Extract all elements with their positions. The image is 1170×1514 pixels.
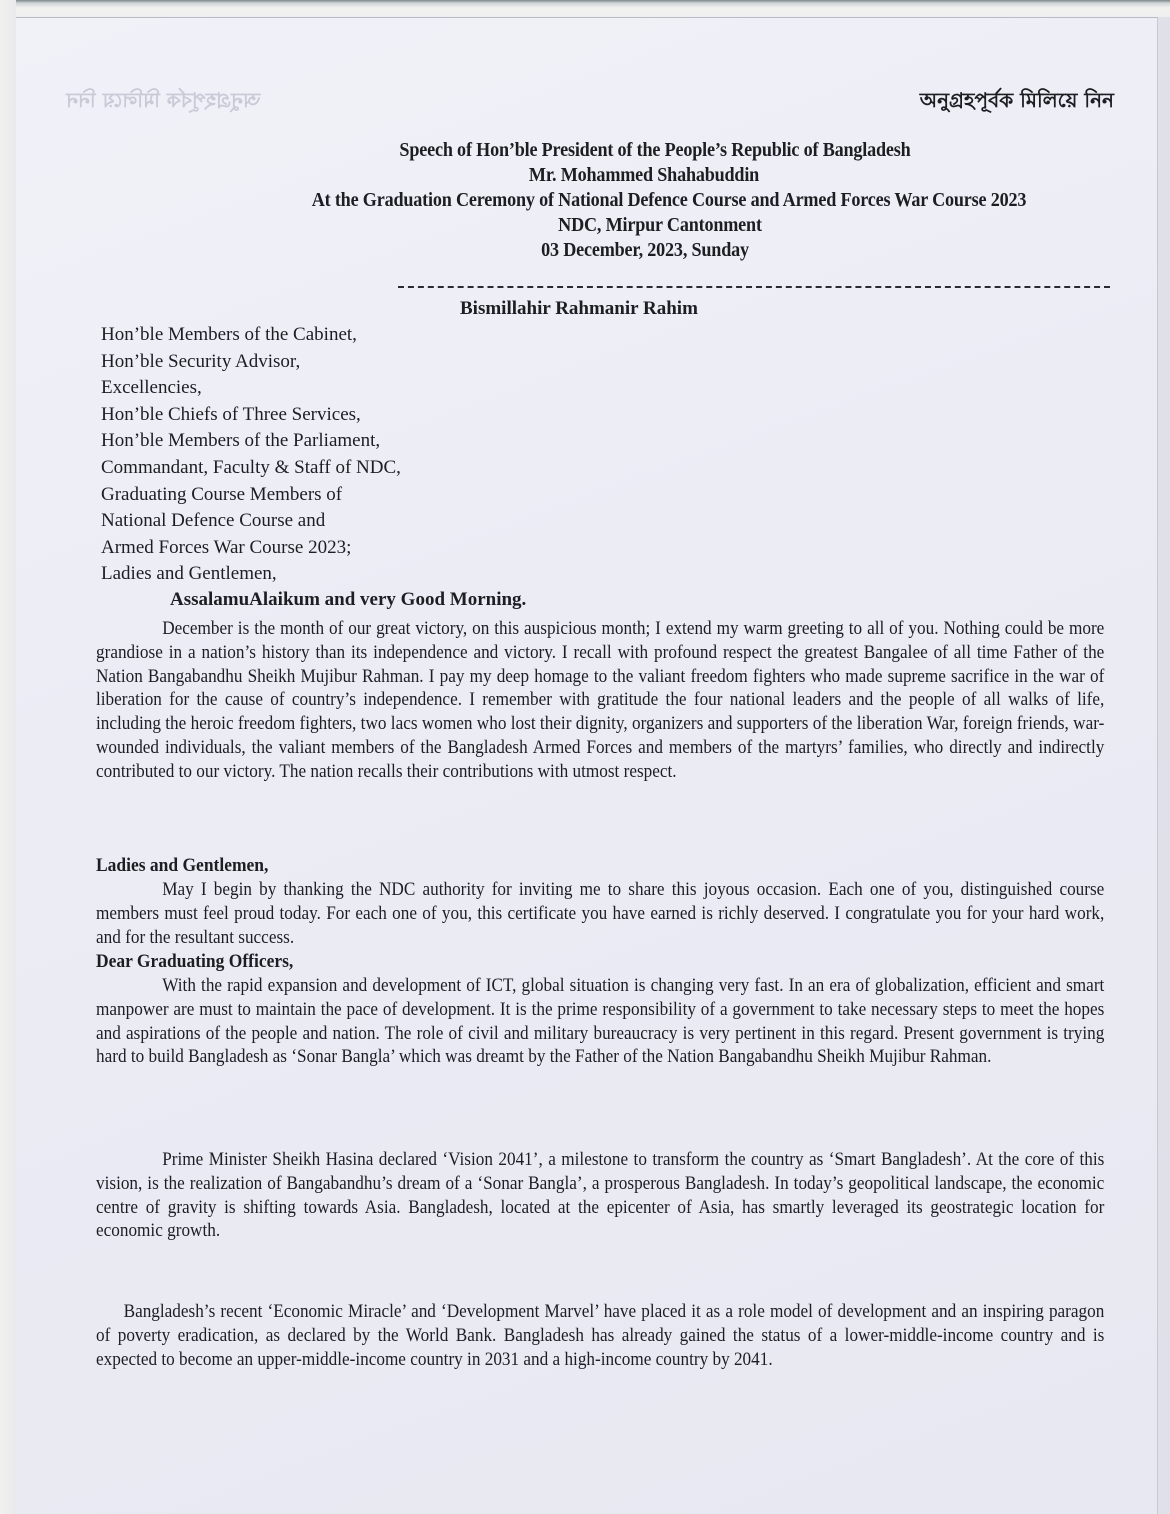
greeting: AssalamuAlaikum and very Good Morning.	[170, 589, 526, 611]
header-date: 03 December, 2023, Sunday	[157, 238, 1134, 263]
speech-header: Speech of Hon’ble President of the Peopl…	[0, 138, 1170, 263]
salutation-item: Ladies and Gentlemen,	[101, 561, 401, 588]
bismillah: Bismillahir Rahmanir Rahim	[460, 298, 698, 320]
heading-officers: Dear Graduating Officers,	[96, 950, 1104, 974]
salutation-item: Excellencies,	[101, 375, 401, 402]
header-occasion: At the Graduation Ceremony of National D…	[203, 188, 1135, 213]
top-note-bangla: অনুগ্রহপূর্বক মিলিয়ে নিন	[920, 86, 1114, 119]
header-venue: NDC, Mirpur Cantonment	[186, 213, 1135, 238]
bleed-through-text: অনুগ্রহপূর্বক মিলিয়ে নিন	[66, 86, 260, 119]
header-title: Speech of Hon’ble President of the Peopl…	[176, 138, 1134, 163]
salutation-list: Hon’ble Members of the Cabinet, Hon’ble …	[101, 322, 401, 588]
salutation-item: Hon’ble Members of the Cabinet,	[101, 322, 401, 349]
salutation-item: Hon’ble Security Advisor,	[101, 349, 401, 376]
heading-ladies: Ladies and Gentlemen,	[96, 854, 1104, 878]
paragraph-vision: Prime Minister Sheikh Hasina declared ‘V…	[96, 1148, 1104, 1243]
salutation-item: Armed Forces War Course 2023;	[101, 535, 401, 562]
salutation-item: Graduating Course Members of	[101, 482, 401, 509]
header-speaker: Mr. Mohammed Shahabuddin	[155, 163, 1133, 188]
salutation-item: National Defence Course and	[101, 508, 401, 535]
paragraph-thanks: May I begin by thanking the NDC authorit…	[96, 878, 1104, 949]
paragraph-december: December is the month of our great victo…	[96, 617, 1104, 784]
salutation-item: Hon’ble Members of the Parliament,	[101, 428, 401, 455]
scan-edge-top	[0, 0, 1170, 17]
paragraph-miracle: Bangladesh’s recent ‘Economic Miracle’ a…	[96, 1300, 1104, 1371]
dashed-divider	[398, 286, 1110, 288]
salutation-item: Hon’ble Chiefs of Three Services,	[101, 402, 401, 429]
salutation-item: Commandant, Faculty & Staff of NDC,	[101, 455, 401, 482]
paragraph-ict: With the rapid expansion and development…	[96, 974, 1104, 1069]
